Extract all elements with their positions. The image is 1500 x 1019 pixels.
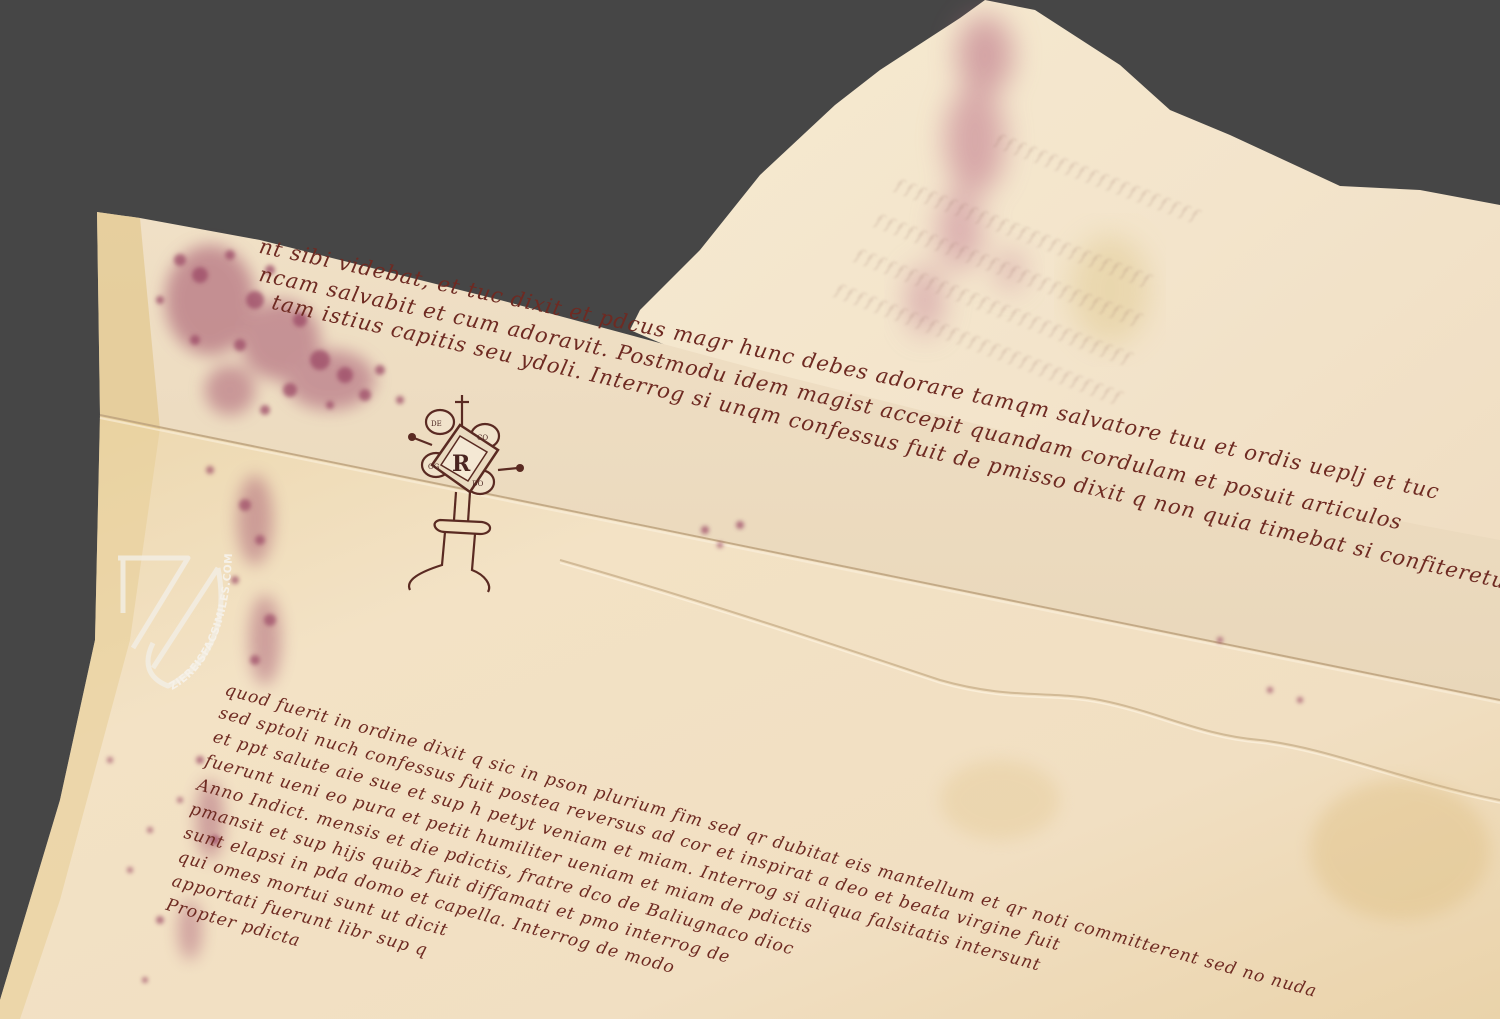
svg-text:ZIEREISFACSIMILES.COM: ZIEREISFACSIMILES.COM — [167, 553, 235, 693]
watermark-text: ZIEREISFACSIMILES.COM — [0, 0, 1500, 1019]
manuscript-photo: ẜ ẜ ẜ ẜ ẜ ẜ ẜ ẜ ẜ ẜ ẜ ẜ ẜ ẜ ẜ ẜ ẜ ẜ ẜ ẜ … — [0, 0, 1500, 1019]
